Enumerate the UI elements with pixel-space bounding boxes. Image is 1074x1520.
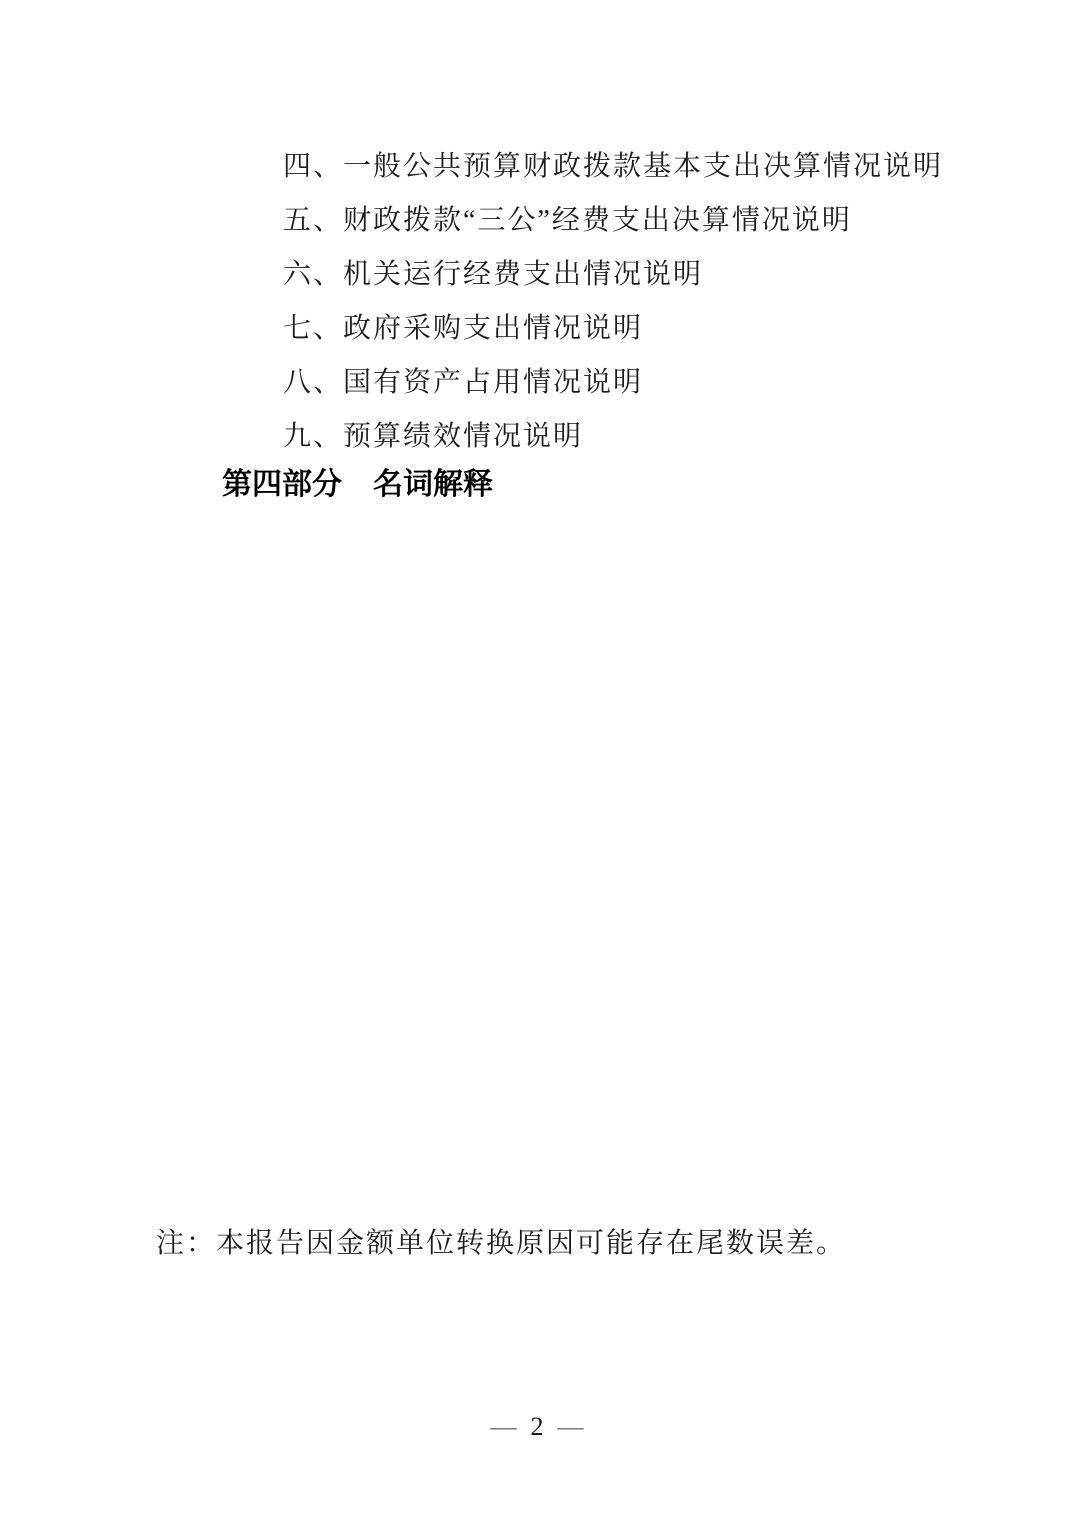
footer-right-dash: — (558, 1412, 584, 1441)
footnote: 注：本报告因金额单位转换原因可能存在尾数误差。 (156, 1224, 846, 1264)
footer-left-dash: — (491, 1412, 517, 1441)
document-page: 四、一般公共预算财政拨款基本支出决算情况说明 五、财政拨款“三公”经费支出决算情… (0, 0, 1074, 1520)
toc-item: 八、国有资产占用情况说明 (283, 356, 943, 410)
section-heading-part: 第四部分 (222, 468, 342, 501)
section-heading: 第四部分名词解释 (222, 465, 493, 505)
page-number: 2 (531, 1412, 544, 1442)
toc-item: 五、财政拨款“三公”经费支出决算情况说明 (283, 194, 943, 248)
page-footer: —2— (0, 1412, 1074, 1442)
toc-item: 六、机关运行经费支出情况说明 (283, 248, 943, 302)
toc-item: 七、政府采购支出情况说明 (283, 302, 943, 356)
toc-item: 九、预算绩效情况说明 (283, 410, 943, 464)
table-of-contents: 四、一般公共预算财政拨款基本支出决算情况说明 五、财政拨款“三公”经费支出决算情… (283, 140, 943, 464)
toc-item: 四、一般公共预算财政拨款基本支出决算情况说明 (283, 140, 943, 194)
section-heading-title: 名词解释 (373, 468, 493, 501)
